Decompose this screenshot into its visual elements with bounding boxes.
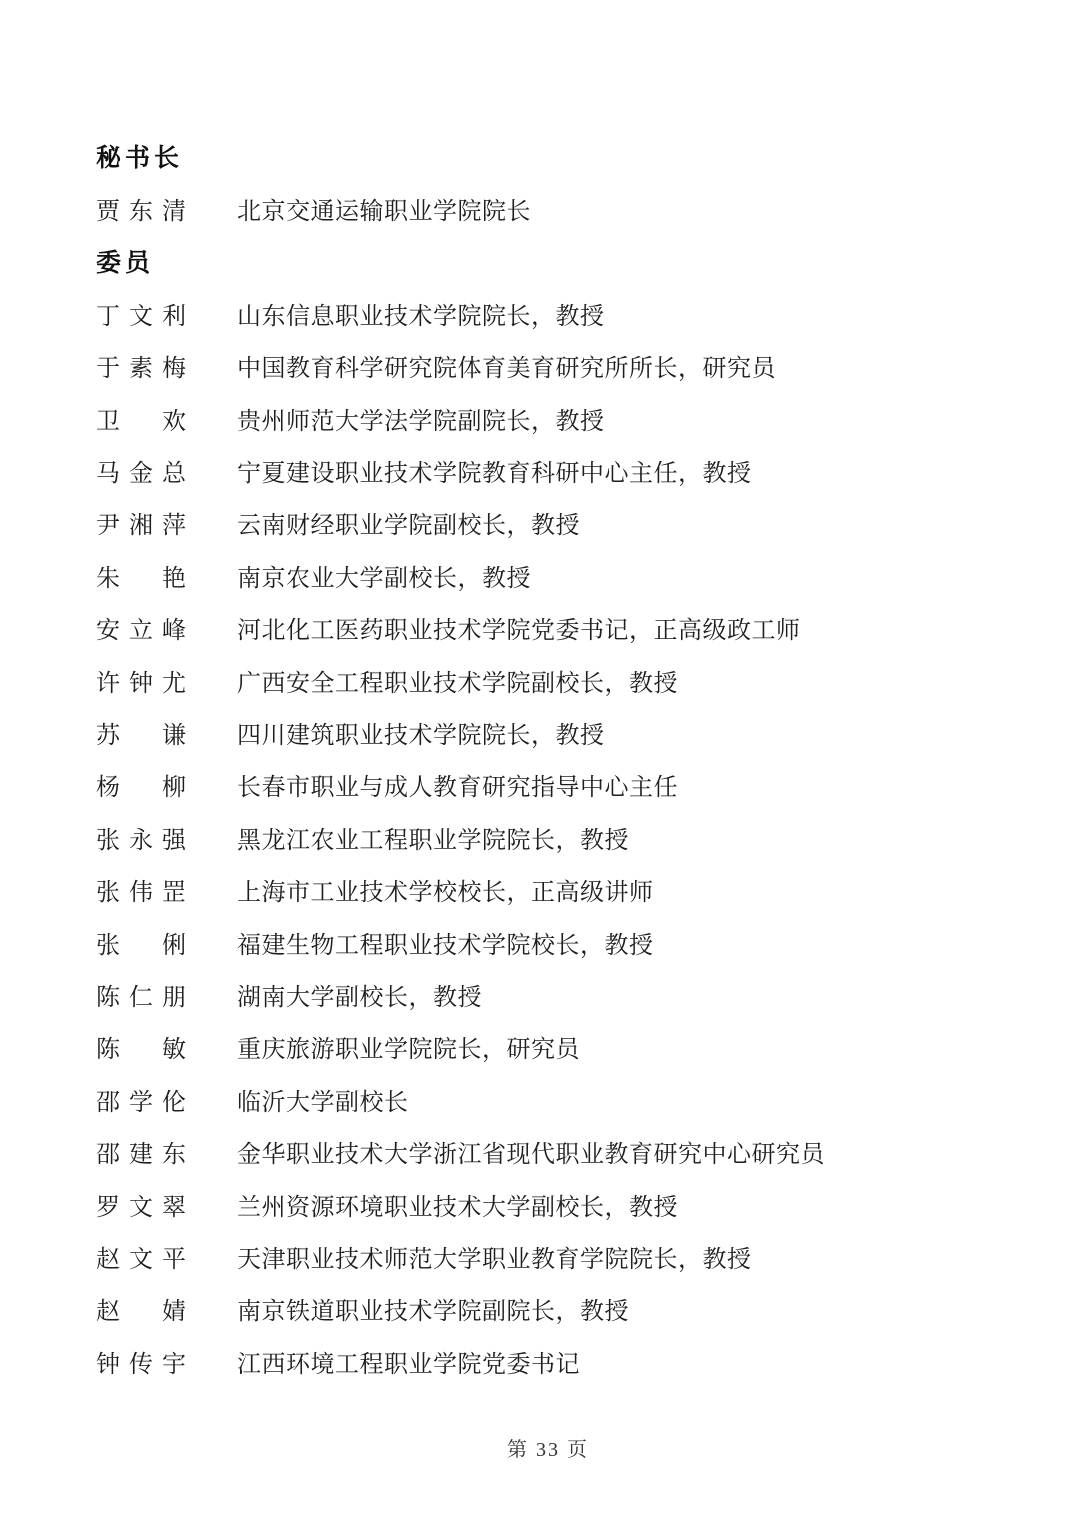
member-name: 杨 柳 [96,767,186,802]
member-title: 宁夏建设职业技术学院教育科研中心主任，教授 [237,453,752,488]
member-name: 赵文平 [96,1239,186,1274]
member-title: 四川建筑职业技术学院院长，教授 [237,715,605,750]
member-name: 于素梅 [96,348,186,383]
member-row: 尹湘萍 云南财经职业学院副校长，教授 [96,497,1000,549]
member-name: 钟传宇 [96,1344,186,1379]
member-row: 张 俐 福建生物工程职业技术学院校长，教授 [96,916,1000,968]
member-name: 张 俐 [96,925,186,960]
member-name: 罗文翠 [96,1187,186,1222]
member-title: 南京铁道职业技术学院副院长，教授 [237,1291,629,1326]
member-title: 黑龙江农业工程职业学院院长，教授 [237,820,629,855]
member-row: 陈仁朋 湖南大学副校长，教授 [96,968,1000,1020]
member-row: 杨 柳 长春市职业与成人教育研究指导中心主任 [96,759,1000,811]
member-name: 张伟罡 [96,872,186,907]
member-name: 苏 谦 [96,715,186,750]
member-name: 张永强 [96,820,186,855]
member-name: 赵 婧 [96,1291,186,1326]
member-name: 邵建东 [96,1134,186,1169]
member-name: 陈 敏 [96,1029,186,1064]
member-row: 罗文翠 兰州资源环境职业技术大学副校长，教授 [96,1178,1000,1230]
member-row: 邵学伦 临沂大学副校长 [96,1073,1000,1125]
member-name: 朱 艳 [96,558,186,593]
document-page: 秘书长 贾东清 北京交通运输职业学院院长 委员 丁文利 山东信息职业技术学院院长… [0,0,1080,1527]
member-row: 张伟罡 上海市工业技术学校校长，正高级讲师 [96,863,1000,915]
member-title: 天津职业技术师范大学职业教育学院院长，教授 [237,1239,752,1274]
member-title: 云南财经职业学院副校长，教授 [237,505,580,540]
page-number: 第 33 页 [507,1439,589,1461]
member-title: 南京农业大学副校长，教授 [237,558,531,593]
member-title: 中国教育科学研究院体育美育研究所所长，研究员 [237,348,776,383]
member-title: 江西环境工程职业学院党委书记 [237,1344,580,1379]
member-name: 陈仁朋 [96,977,186,1012]
member-row: 赵 婧 南京铁道职业技术学院副院长，教授 [96,1283,1000,1335]
member-row: 马金总 宁夏建设职业技术学院教育科研中心主任，教授 [96,444,1000,496]
member-title: 重庆旅游职业学院院长，研究员 [237,1029,580,1064]
member-row: 卫 欢 贵州师范大学法学院副院长，教授 [96,392,1000,444]
member-name: 许钟尤 [96,663,186,698]
section-heading-secretary-general: 秘书长 [96,130,1000,182]
section-heading-text: 委员 [96,243,154,279]
member-row: 陈 敏 重庆旅游职业学院院长，研究员 [96,1021,1000,1073]
member-row: 于素梅 中国教育科学研究院体育美育研究所所长，研究员 [96,340,1000,392]
member-title: 福建生物工程职业技术学院校长，教授 [237,925,654,960]
member-name: 卫 欢 [96,401,186,436]
member-title: 北京交通运输职业学院院长 [237,191,531,226]
member-row: 丁文利 山东信息职业技术学院院长，教授 [96,287,1000,339]
member-row: 邵建东 金华职业技术大学浙江省现代职业教育研究中心研究员 [96,1125,1000,1177]
member-title: 长春市职业与成人教育研究指导中心主任 [237,767,678,802]
member-name: 邵学伦 [96,1082,186,1117]
member-row: 安立峰 河北化工医药职业技术学院党委书记，正高级政工师 [96,602,1000,654]
member-title: 上海市工业技术学校校长，正高级讲师 [237,872,654,907]
member-title: 广西安全工程职业技术学院副校长，教授 [237,663,678,698]
member-row: 张永强 黑龙江农业工程职业学院院长，教授 [96,811,1000,863]
member-name: 马金总 [96,453,186,488]
member-title: 兰州资源环境职业技术大学副校长，教授 [237,1187,678,1222]
member-name: 贾东清 [96,191,186,226]
member-title: 河北化工医药职业技术学院党委书记，正高级政工师 [237,610,801,645]
member-title: 山东信息职业技术学院院长，教授 [237,296,605,331]
member-row: 钟传宇 江西环境工程职业学院党委书记 [96,1335,1000,1387]
member-name: 尹湘萍 [96,505,186,540]
member-title: 临沂大学副校长 [237,1082,409,1117]
member-title: 湖南大学副校长，教授 [237,977,482,1012]
member-row: 许钟尤 广西安全工程职业技术学院副校长，教授 [96,654,1000,706]
member-name: 丁文利 [96,296,186,331]
member-row: 苏 谦 四川建筑职业技术学院院长，教授 [96,706,1000,758]
section-heading-committee-members: 委员 [96,235,1000,287]
member-row: 朱 艳 南京农业大学副校长，教授 [96,549,1000,601]
section-heading-text: 秘书长 [96,138,183,174]
member-row: 贾东清 北京交通运输职业学院院长 [96,182,1000,234]
member-title: 贵州师范大学法学院副院长，教授 [237,401,605,436]
member-name: 安立峰 [96,610,186,645]
page-footer: 第 33 页 [96,1433,1000,1462]
member-row: 赵文平 天津职业技术师范大学职业教育学院院长，教授 [96,1230,1000,1282]
member-title: 金华职业技术大学浙江省现代职业教育研究中心研究员 [237,1134,825,1169]
